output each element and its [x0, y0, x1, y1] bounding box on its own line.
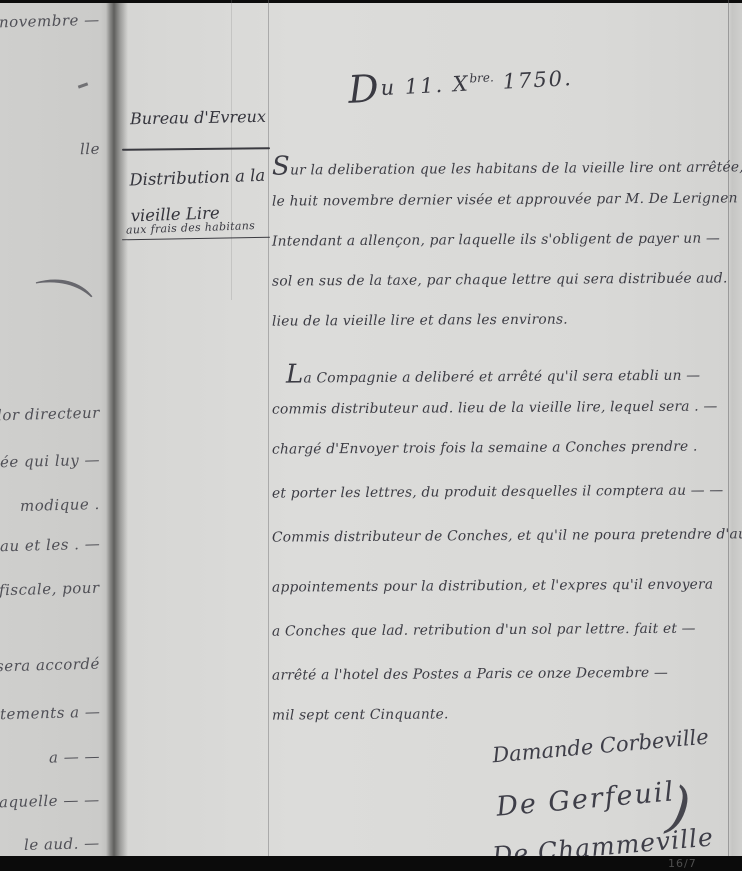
heading-text: u 11. X	[380, 72, 470, 101]
page-right-edge-line	[728, 0, 729, 856]
entry-date-heading: Du 11. Xbre. 1750.	[348, 66, 574, 102]
page-crease-line	[231, 0, 232, 300]
left-fragment: tements a —	[0, 703, 100, 724]
heading-initial: D	[347, 66, 382, 112]
left-fragment: ée qui luy —	[0, 451, 100, 472]
signature: Damande Corbeville	[491, 725, 709, 768]
body-line: et porter les lettres, du produit desque…	[272, 482, 734, 501]
body-line: arrêté a l'hotel des Postes a Paris ce o…	[272, 664, 734, 683]
heading-year: 1750.	[493, 66, 573, 94]
body-line: sol en sus de la taxe, par chaque lettre…	[272, 270, 734, 289]
body-line: Sur la deliberation que les habitans de …	[272, 148, 734, 181]
body-line: Intendant a allençon, par laquelle ils s…	[272, 230, 734, 249]
left-fragment: sera accordé	[0, 655, 100, 676]
body-line: La Compagnie a deliberé et arrêté qu'il …	[272, 356, 742, 389]
left-fragment: lle	[80, 140, 100, 159]
body-line: appointements pour la distribution, et l…	[272, 576, 734, 595]
left-fragment: a — —	[49, 747, 100, 766]
previous-page-strip: novembre — lle ⌒ lor directeur ée qui lu…	[0, 0, 104, 856]
body-line: commis distributeur aud. lieu de la viei…	[272, 398, 734, 417]
left-fragment: modique .	[20, 495, 100, 515]
margin-subject-line1: Distribution a la	[129, 158, 270, 199]
body-line: mil sept cent Cinquante.	[272, 704, 734, 723]
margin-office-label: Bureau d'Evreux	[130, 107, 270, 128]
heading-superscript: bre.	[469, 70, 494, 85]
margin-note-underline	[122, 237, 270, 241]
left-fragment: aquelle — —	[0, 791, 100, 812]
body-line: a Conches que lad. retribution d'un sol …	[272, 620, 734, 639]
page-number: 16/7	[668, 857, 697, 870]
left-fragment: lor directeur	[0, 404, 100, 425]
manuscript-scan-page: novembre — lle ⌒ lor directeur ée qui lu…	[0, 0, 742, 871]
scan-top-edge-bar	[0, 0, 742, 3]
left-fragment: novembre —	[0, 11, 100, 32]
body-line: Commis distributeur de Conches, et qu'il…	[272, 526, 734, 545]
body-line: lieu de la vieille lire et dans les envi…	[272, 310, 734, 329]
scan-bottom-bar	[0, 856, 742, 871]
margin-rule-line	[268, 0, 269, 856]
left-fragment: au et les . —	[0, 535, 100, 556]
body-line: chargé d'Envoyer trois fois la semaine a…	[272, 438, 734, 457]
left-fragment: fiscale, pour	[0, 579, 100, 600]
signature: De Gerfeuil	[495, 776, 676, 823]
left-fragment: le aud. —	[24, 834, 100, 854]
margin-divider-line	[122, 147, 270, 151]
signature-flourish: ⌒	[10, 254, 89, 352]
body-line: le huit novembre dernier visée et approu…	[272, 190, 734, 209]
